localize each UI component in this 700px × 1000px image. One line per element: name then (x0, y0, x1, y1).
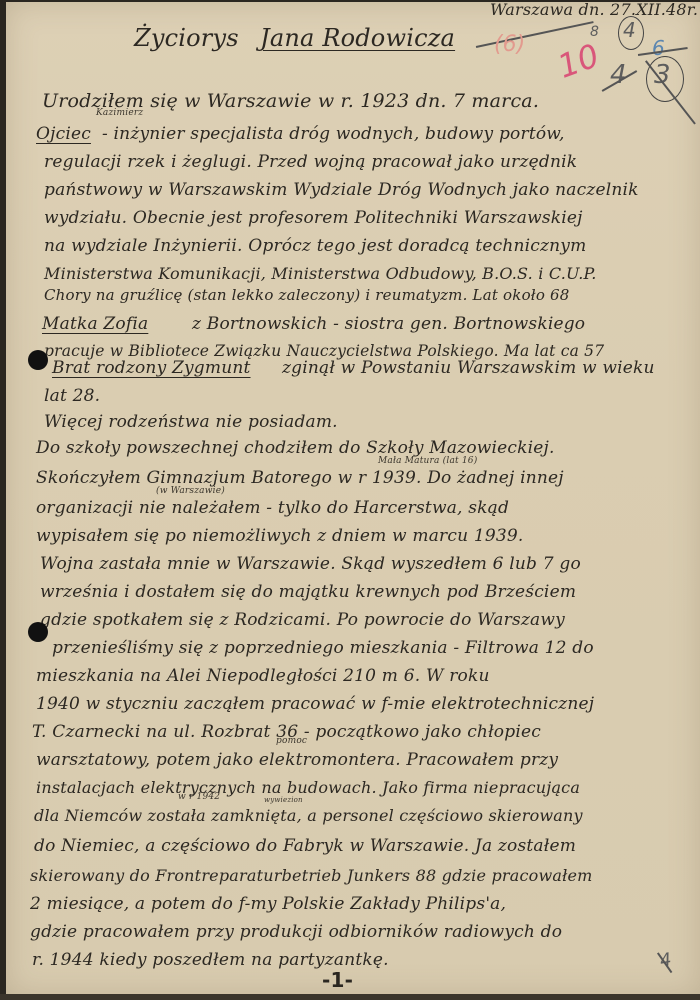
punch-hole-top (28, 350, 48, 370)
line-28: skierowany do Frontreparaturbetrieb Junk… (30, 866, 593, 885)
line-24: warsztatowy, potem jako elektromontera. … (36, 750, 558, 770)
circled-top-mark: 4 (623, 18, 636, 42)
line-26: dla Niemców została zamknięta, a persone… (34, 806, 583, 825)
line-31: r. 1944 kiedy poszedłem na partyzantkę. (32, 950, 389, 970)
line-18: września i dostałem się do majątku krewn… (40, 582, 576, 602)
annotation-wywoz: wywiezion (264, 796, 303, 804)
page-number: -1- (322, 968, 353, 992)
place-date: Warszawa dn. 27.XII.48r. (490, 0, 698, 19)
label-father: Ojciec (36, 124, 91, 144)
document-page: Warszawa dn. 27.XII.48r. Życiorys Jana R… (6, 2, 700, 996)
line-25: instalacjach elektrycznych na budowach. … (36, 778, 580, 797)
line-22: 1940 w styczniu zacząłem pracować w f-mi… (36, 694, 594, 714)
line-6: Ministerstwa Komunikacji, Ministerstwa O… (44, 264, 597, 283)
red-parenthesis-mark: (6) (494, 32, 525, 57)
line-11: lat 28. (44, 386, 100, 406)
annotation-pomoc: pomoc (276, 736, 307, 746)
line-1: - inżynier specjalista dróg wodnych, bud… (102, 124, 565, 144)
annotation-w-r-1942: w r 1942 (178, 792, 220, 802)
line-13: Do szkoły powszechnej chodziłem do Szkoł… (36, 438, 555, 458)
line-2: regulacji rzek i żeglugi. Przed wojną pr… (44, 152, 577, 172)
pink-number-mark: 10 (553, 36, 604, 86)
line-21: mieszkania na Alei Niepodległości 210 m … (36, 666, 490, 686)
line-5: na wydziale Inżynierii. Oprócz tego jest… (44, 236, 586, 256)
title-name: Jana Rodowicza (260, 24, 455, 52)
line-4: wydziału. Obecnie jest profesorem Polite… (44, 208, 583, 228)
line-30: gdzie pracowałem przy produkcji odbiorni… (30, 922, 562, 942)
line-3: państwowy w Warszawskim Wydziale Dróg Wo… (44, 180, 639, 200)
punch-hole-bottom (28, 622, 48, 642)
line-17: Wojna zastała mnie w Warszawie. Skąd wys… (40, 554, 581, 574)
label-brother: Brat rodzony Zygmunt (52, 358, 251, 378)
line-16: wypisałem się po niemożliwych z dniem w … (36, 526, 524, 546)
line-19: gdzie spotkałem się z Rodzicami. Po powr… (40, 610, 565, 630)
line-27: do Niemiec, a częściowo do Fabryk w Wars… (34, 836, 576, 856)
line-20: przenieśliśmy się z poprzedniego mieszka… (52, 638, 594, 658)
title-prefix: Życiorys (134, 24, 239, 52)
annotation-w-warszawie: (w Warszawie) (156, 486, 225, 496)
grey-small-mark: 8 (590, 24, 599, 40)
line-15: organizacji nie należałem - tylko do Har… (36, 498, 509, 518)
line-8: z Bortnowskich - siostra gen. Bortnowski… (192, 314, 585, 334)
label-mother: Matka Zofia (42, 314, 148, 334)
line-12: Więcej rodzeństwa nie posiadam. (44, 412, 338, 432)
line-7: Chory na gruźlicę (stan lekko zaleczony)… (44, 286, 570, 304)
annotation-mala-matura: Mała Matura (lat 16) (378, 456, 477, 466)
line-14: Skończyłem Gimnazjum Batorego w r 1939. … (36, 468, 564, 488)
line-10: zginął w Powstaniu Warszawskim w wieku (282, 358, 655, 378)
bottom-right-pencil-mark: 4 (658, 949, 673, 972)
scan-edge (0, 994, 700, 1000)
line-29: 2 miesiące, a potem do f-my Polskie Zakł… (30, 894, 506, 914)
annotation-kazimierz: Kazimierz (96, 108, 143, 118)
